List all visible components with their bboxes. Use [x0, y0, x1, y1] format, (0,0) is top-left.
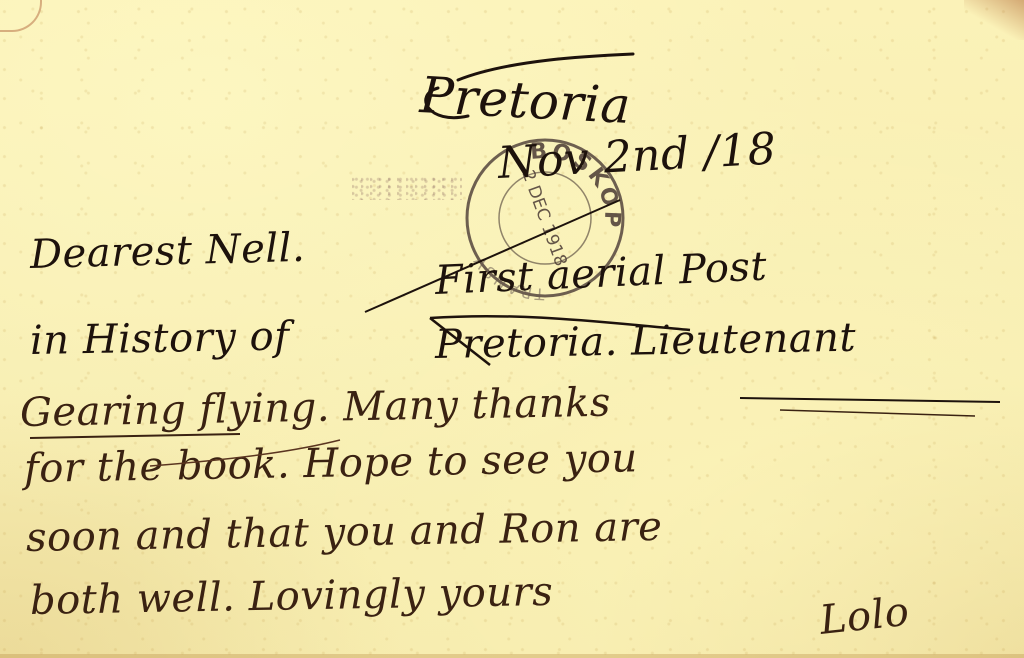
- body-line-pretoria-lieutenant: Pretoria. Lieutenant: [435, 315, 857, 368]
- thanks-overline: [780, 410, 975, 416]
- body-line-in-history-of: in History of: [30, 313, 290, 364]
- faint-stamp-impression: [352, 176, 462, 200]
- body-line-closing: both well. Lovingly yours: [30, 569, 554, 624]
- postcard: BOSKOP 2 DEC 1918 TRANSV Pretoria Nov 2n…: [0, 0, 1024, 658]
- lieutenant-underline: [740, 398, 1000, 402]
- place-heading: Pretoria: [418, 66, 632, 135]
- signature: Lolo: [818, 589, 912, 644]
- date-heading: Nov 2nd /18: [497, 123, 778, 189]
- body-line-thanks-book: for the book. Hope to see you: [24, 435, 638, 492]
- body-line-gearing-flying: Gearing flying. Many thanks: [20, 380, 612, 436]
- paper-bottom-edge: [0, 654, 1024, 658]
- paper-edge-wear: [0, 0, 42, 32]
- paper-edge-stain: [964, 0, 1024, 40]
- body-line-first-aerial-post: First aerial Post: [434, 244, 768, 304]
- body-line-salutation: Dearest Nell.: [29, 225, 305, 278]
- body-line-soon: soon and that you and Ron are: [26, 504, 663, 561]
